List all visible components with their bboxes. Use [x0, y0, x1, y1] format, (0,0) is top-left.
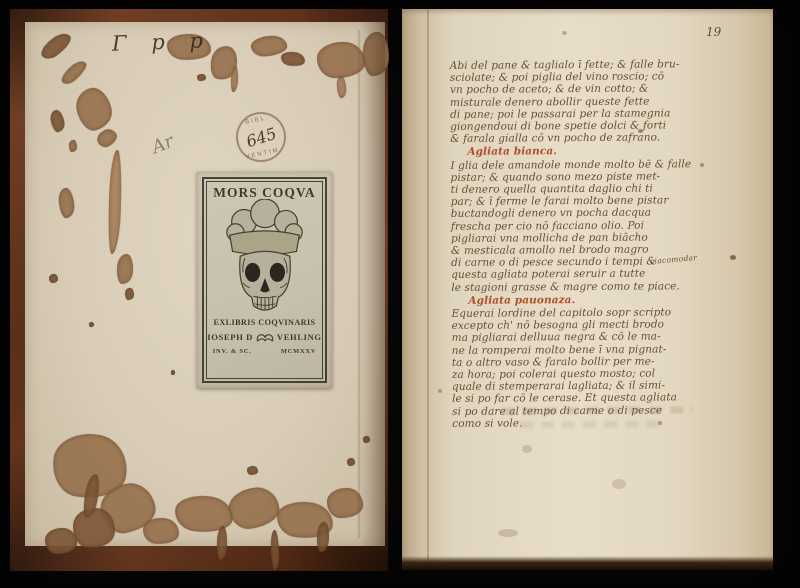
glue-stain	[59, 58, 90, 88]
glue-stain	[69, 140, 77, 152]
glue-stain	[45, 528, 77, 554]
glue-stain	[49, 109, 66, 133]
foxing-spot	[438, 389, 442, 393]
glue-stain	[125, 288, 134, 300]
glue-stain	[38, 29, 75, 63]
glue-stain	[316, 522, 330, 553]
glue-stain	[142, 517, 180, 545]
glue-stain	[216, 526, 227, 560]
bookplate-credit-line: INV. & SC. MCMXXV	[213, 348, 317, 355]
foxing-spots-layer	[402, 9, 773, 570]
glue-stain	[347, 458, 355, 466]
glue-stain	[226, 485, 281, 532]
foxing-spot	[612, 479, 626, 489]
manuscript-page: 19 Abi del pane & taglialo ī fette; & fa…	[402, 9, 773, 570]
glue-stain	[57, 187, 75, 218]
glue-stain	[230, 66, 238, 92]
page-fore-edge-stack	[737, 9, 773, 570]
left-cover-board: Γ p p BIBL. 645 VENTIM. Ar MORS COQVA	[10, 9, 388, 571]
glue-stain	[171, 370, 175, 375]
pastedown-page: Γ p p BIBL. 645 VENTIM. Ar MORS COQVA	[25, 22, 385, 546]
foxing-spot	[730, 255, 736, 260]
gutter-shadow-left	[359, 22, 385, 546]
glue-stain	[89, 322, 94, 327]
glue-stain	[280, 50, 306, 67]
glue-stain	[336, 76, 347, 99]
stamp-number: 645	[244, 123, 279, 151]
ink-scribble-marks: Γ p p	[112, 28, 213, 55]
stamp-top-text: BIBL.	[245, 115, 270, 126]
foxing-spot	[498, 529, 518, 537]
glue-stain	[72, 84, 116, 133]
bookplate-exlibris-line: EXLIBRIS COQVINARIS	[213, 318, 315, 327]
foxing-spot	[522, 445, 532, 453]
bookplate-inner-frame: MORS COQVA	[206, 181, 323, 379]
credit-date: MCMXXV	[281, 348, 316, 355]
bookplate-outer-frame: MORS COQVA	[202, 177, 327, 383]
pretzel-monogram-icon	[255, 330, 275, 344]
glue-stain	[49, 274, 58, 283]
folio-bottom-shadow	[402, 556, 773, 570]
glue-stain	[107, 150, 123, 254]
glue-stain	[116, 253, 134, 284]
show-through-text	[520, 420, 660, 428]
foxing-spot	[700, 163, 704, 167]
foxing-spot	[562, 31, 567, 35]
foxing-spot	[638, 129, 643, 133]
skull-chef-hat-illustration	[215, 199, 315, 321]
owner-first-name: IOSEPH D	[207, 332, 253, 342]
glue-stain	[270, 530, 279, 570]
owner-last-name: VEHLING	[277, 332, 322, 342]
book-photograph: Γ p p BIBL. 645 VENTIM. Ar MORS COQVA	[0, 0, 800, 588]
bookplate: MORS COQVA	[197, 172, 332, 388]
bookplate-owner-line: IOSEPH D VEHLING	[207, 330, 321, 344]
glue-stain	[197, 74, 206, 81]
glue-stain	[247, 466, 258, 475]
glue-stain	[94, 126, 119, 150]
credit-inv-sc: INV. & SC.	[213, 348, 252, 355]
